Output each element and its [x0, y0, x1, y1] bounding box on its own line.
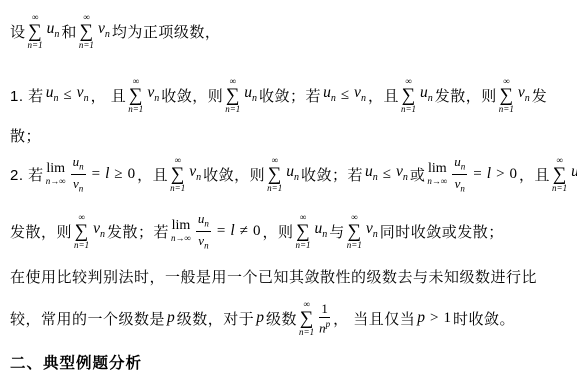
sigma-glyph: ∑: [296, 222, 310, 241]
sum-lower-limit: n=1: [499, 105, 514, 114]
math-subscript: n: [79, 183, 84, 193]
summation-symbol: ∞∑n=1: [499, 77, 514, 114]
text-run: 与: [329, 221, 345, 242]
text-run: 在使用比较判别法时，一般是用一个已知其敛散性的级数去与未知级数进行比: [10, 266, 537, 287]
sum-lower-limit: n=1: [552, 184, 567, 193]
sum-lower-limit: n=1: [267, 184, 282, 193]
math-variable: un: [365, 164, 378, 183]
math-variable: p: [256, 310, 264, 326]
sigma-glyph: ∑: [348, 222, 362, 241]
sum-lower-limit: n=1: [128, 105, 143, 114]
math-operator: ≤: [341, 88, 349, 103]
math-subscript: n: [361, 94, 366, 105]
math-operator: >: [496, 167, 504, 182]
sigma-glyph: ∑: [500, 86, 514, 105]
math-number: 0: [128, 167, 136, 182]
summation-symbol: ∞∑n=1: [295, 213, 310, 250]
math-subscript: n: [428, 94, 433, 105]
math-variable: un: [198, 212, 209, 229]
math-operator: ≤: [383, 167, 391, 182]
text-run: 或: [410, 164, 426, 185]
text-run: 时收敛。: [453, 308, 515, 329]
section-heading: 二、典型例题分析: [10, 349, 571, 375]
math-variable: vn: [198, 234, 208, 251]
math-superscript: p: [326, 319, 331, 329]
math-subscript: n: [79, 162, 84, 172]
sum-lower-limit: n=1: [74, 241, 89, 250]
math-subscript: n: [252, 94, 257, 105]
paragraph-intro: 设∞∑n=1un和∞∑n=1vn均为正项级数，: [10, 8, 571, 54]
sigma-glyph: ∑: [129, 86, 143, 105]
math-subscript: n: [154, 94, 159, 105]
sum-lower-limit: n=1: [299, 328, 314, 337]
text-run: 发: [532, 85, 548, 106]
math-variable: un: [46, 85, 59, 104]
summation-symbol: ∞∑n=1: [170, 156, 185, 193]
rule1-line2: 散；: [10, 122, 571, 148]
rule2-line1: 2. 若limn→∞unvn=l≥0，且∞∑n=1vn收敛，则∞∑n=1un收敛…: [10, 148, 571, 200]
text-run: 发散，则: [435, 85, 497, 106]
comparison-note-line1: 在使用比较判别法时，一般是用一个已知其敛散性的级数去与未知级数进行比: [10, 262, 571, 290]
math-operator: ≠: [240, 224, 248, 239]
lim-lower-limit: n→∞: [171, 234, 191, 243]
summation-symbol: ∞∑n=1: [28, 13, 43, 50]
text-run: 2. 若: [10, 164, 44, 185]
lim-lower-limit: n→∞: [427, 177, 447, 186]
math-subscript: n: [84, 94, 89, 105]
math-variable: vn: [98, 21, 110, 40]
math-operator: ≤: [63, 88, 71, 103]
text-run: 散；: [10, 125, 41, 146]
math-subscript: n: [331, 94, 336, 105]
math-variable: np: [319, 320, 330, 334]
math-subscript: n: [373, 230, 378, 241]
text-run: 收敛；若: [301, 164, 363, 185]
lim-word: lim: [172, 219, 191, 233]
math-subscript: n: [294, 173, 299, 184]
math-subscript: n: [204, 219, 209, 229]
lim-lower-limit: n→∞: [46, 177, 66, 186]
sum-lower-limit: n=1: [225, 105, 240, 114]
text-run: 收敛，则: [203, 164, 265, 185]
math-operator: =: [92, 167, 100, 182]
math-number: 1: [444, 311, 452, 326]
math-variable: vn: [366, 221, 378, 240]
math-subscript: n: [54, 30, 59, 41]
fraction: 1np: [319, 302, 330, 334]
math-subscript: n: [403, 173, 408, 184]
math-number: 0: [510, 167, 518, 182]
rule1-line1: 1. 若un≤vn， 且∞∑n=1vn收敛，则∞∑n=1un收敛；若un≤vn，…: [10, 72, 571, 118]
text-run: ，则: [262, 221, 293, 242]
math-variable: vn: [93, 221, 105, 240]
math-variable: un: [244, 85, 257, 104]
math-variable: l: [230, 223, 234, 239]
fraction: unvn: [71, 155, 86, 193]
text-run: ， 且: [91, 85, 127, 106]
math-variable: vn: [189, 164, 201, 183]
math-variable: l: [487, 166, 491, 182]
math-number: 0: [253, 224, 261, 239]
sum-lower-limit: n=1: [79, 41, 94, 50]
math-variable: vn: [73, 177, 83, 194]
sum-lower-limit: n=1: [347, 241, 362, 250]
fraction-denominator: np: [319, 318, 330, 334]
summation-symbol: ∞∑n=1: [552, 156, 567, 193]
math-variable: un: [73, 155, 84, 172]
math-variable: vn: [354, 85, 366, 104]
summation-symbol: ∞∑n=1: [74, 213, 89, 250]
math-operator: ≥: [114, 167, 122, 182]
summation-symbol: ∞∑n=1: [225, 77, 240, 114]
math-subscript: n: [460, 183, 465, 193]
fraction-denominator: vn: [73, 175, 83, 194]
section-heading-text: 二、典型例题分析: [10, 351, 142, 373]
math-variable: vn: [77, 85, 89, 104]
fraction-numerator: un: [452, 155, 467, 175]
math-variable: l: [105, 166, 109, 182]
fraction-numerator: un: [71, 155, 86, 175]
math-subscript: n: [53, 94, 58, 105]
sigma-glyph: ∑: [268, 165, 282, 184]
limit-symbol: limn→∞: [46, 162, 66, 186]
summation-symbol: ∞∑n=1: [79, 13, 94, 50]
math-variable: un: [315, 221, 328, 240]
limit-symbol: limn→∞: [171, 219, 191, 243]
lim-word: lim: [46, 162, 65, 176]
math-variable: un: [47, 21, 60, 40]
text-run: 发散；若: [107, 221, 169, 242]
sum-lower-limit: n=1: [401, 105, 416, 114]
summation-symbol: ∞∑n=1: [267, 156, 282, 193]
math-operator: =: [217, 224, 225, 239]
math-subscript: n: [322, 230, 327, 241]
fraction-denominator: vn: [198, 232, 208, 251]
math-subscript: n: [461, 162, 466, 172]
math-subscript: n: [100, 230, 105, 241]
summation-symbol: ∞∑n=1: [299, 300, 314, 337]
comparison-note-line2: 较，常用的一个级数是p级数，对于p级数∞∑n=11np， 当且仅当p>1时收敛。: [10, 293, 571, 343]
math-subscript: n: [105, 30, 110, 41]
text-run: 级数: [266, 308, 297, 329]
math-variable: p: [417, 310, 425, 326]
fraction: unvn: [452, 155, 467, 193]
text-run: 较，常用的一个级数是: [10, 308, 165, 329]
math-variable: vn: [396, 164, 408, 183]
text-run: 级数，对于: [177, 308, 255, 329]
sigma-glyph: ∑: [226, 86, 240, 105]
math-variable: un: [454, 155, 465, 172]
sigma-glyph: ∑: [28, 22, 42, 41]
sigma-glyph: ∑: [402, 86, 416, 105]
math-subscript: n: [373, 173, 378, 184]
math-variable: un: [286, 164, 299, 183]
sigma-glyph: ∑: [75, 222, 89, 241]
sigma-glyph: ∑: [553, 165, 567, 184]
math-variable: un: [571, 164, 577, 183]
fraction-numerator: un: [196, 212, 211, 232]
text-run: ，且: [137, 164, 168, 185]
fraction-numerator: 1: [319, 302, 330, 318]
sum-lower-limit: n=1: [28, 41, 43, 50]
sigma-glyph: ∑: [80, 22, 94, 41]
sigma-glyph: ∑: [171, 165, 185, 184]
text-run: 收敛，则: [161, 85, 223, 106]
summation-symbol: ∞∑n=1: [401, 77, 416, 114]
summation-symbol: ∞∑n=1: [347, 213, 362, 250]
sum-lower-limit: n=1: [295, 241, 310, 250]
text-run: ，且: [519, 164, 550, 185]
text-run: ，且: [368, 85, 399, 106]
sigma-glyph: ∑: [300, 309, 314, 328]
text-run: 1. 若: [10, 85, 44, 106]
limit-symbol: limn→∞: [427, 162, 447, 186]
math-variable: p: [167, 310, 175, 326]
sum-lower-limit: n=1: [170, 184, 185, 193]
summation-symbol: ∞∑n=1: [128, 77, 143, 114]
math-variable: vn: [518, 85, 530, 104]
fraction-denominator: vn: [455, 175, 465, 194]
lim-word: lim: [428, 162, 447, 176]
text-run: 收敛；若: [259, 85, 321, 106]
math-variable: un: [323, 85, 336, 104]
math-subscript: n: [196, 173, 201, 184]
text-run: ， 当且仅当: [333, 308, 415, 329]
text-run: 设: [10, 21, 26, 42]
math-subscript: n: [204, 240, 209, 250]
rule2-line2: 发散，则∞∑n=1vn发散；若limn→∞unvn=l≠0，则∞∑n=1un与∞…: [10, 206, 571, 256]
text-run: 和: [61, 21, 77, 42]
math-operator: >: [430, 311, 438, 326]
math-variable: un: [420, 85, 433, 104]
document-page: 设∞∑n=1un和∞∑n=1vn均为正项级数， 1. 若un≤vn， 且∞∑n=…: [0, 0, 577, 375]
math-variable: vn: [147, 85, 159, 104]
text-run: 同时收敛或发散；: [380, 221, 504, 242]
math-subscript: n: [525, 94, 530, 105]
text-run: 发散，则: [10, 221, 72, 242]
text-run: 均为正项级数，: [112, 21, 221, 42]
math-number: 1: [321, 302, 328, 315]
math-variable: vn: [455, 177, 465, 194]
math-operator: =: [473, 167, 481, 182]
fraction: unvn: [196, 212, 211, 250]
